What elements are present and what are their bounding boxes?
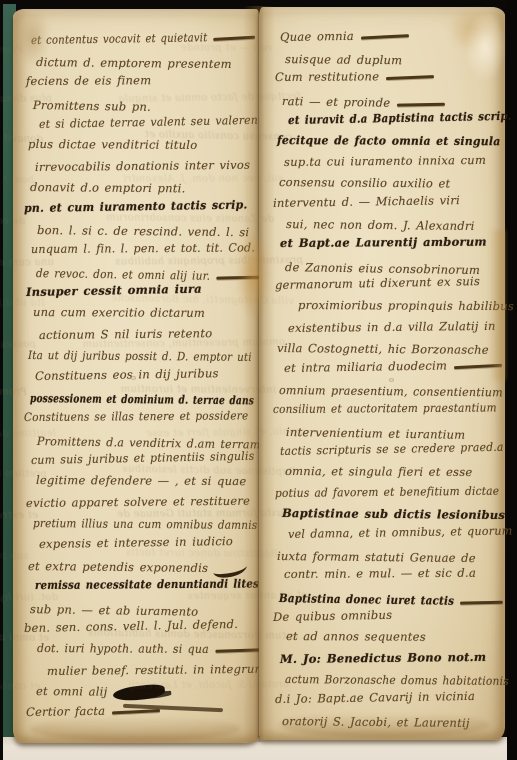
manuscript-line-text: pn. et cum iuramento tactis scrip. [24, 197, 248, 215]
manuscript-line: et contentus vocavit et quietavit [31, 29, 256, 47]
manuscript-line: potius ad favorem et benefitium dictae [275, 484, 499, 500]
manuscript-line-text: et ad annos sequentes [286, 629, 426, 644]
manuscript-line-text: donavit d.o emptori pnti. [30, 180, 186, 195]
manuscript-line-text: rati — et proinde [282, 94, 391, 110]
ink-dash [217, 275, 261, 279]
ink-dash [460, 600, 503, 604]
manuscript-line: germanorum uti dixerunt ex suis [275, 274, 480, 292]
manuscript-line: ben. sen. cons. vell. l. Jul. defend. [24, 617, 238, 635]
ink-dash [397, 102, 445, 106]
manuscript-line-text: mulier benef. restituti. in integrum [47, 662, 266, 678]
manuscript-line-text: et iuravit d.a Baptistina tactis scrip. [288, 109, 512, 127]
manuscript-line-text: De quibus omnibus [273, 607, 393, 623]
manuscript-line: suisque ad duplum [285, 52, 402, 67]
manuscript-line: et si dictae terrae valent seu valerent [39, 113, 263, 131]
manuscript-line: mulier benef. restituti. in integrum [47, 662, 266, 678]
manuscript-line-text: dot. iuri hypoth. auth. si qua [37, 641, 209, 656]
manuscript-line-text: proximioribus propinquis habilibus [298, 298, 514, 313]
manuscript-line: dictum d. emptorem presentem [36, 55, 232, 71]
manuscript-line-text: remissa necessitate denuntiandi lites [35, 576, 259, 592]
manuscript-line-text: vel damna, et in omnibus, et quorum [288, 523, 513, 541]
ink-dash [112, 709, 160, 714]
manuscript-line: et extra petendis exponendis [28, 559, 247, 577]
manuscript-line: una cum exercitio dictarum [33, 305, 205, 320]
manuscript-line-text: d.i Jo: Bapt.ae Cavarij in vicinia [275, 689, 475, 706]
manuscript-line-text: iuxta formam statuti Genuae de [277, 549, 476, 565]
manuscript-line-text: actionum S nil iuris retento [39, 326, 212, 342]
manuscript-line-text: existentibus in d.a villa Zulatij in [288, 319, 496, 335]
photo-frame-top [0, 0, 517, 6]
manuscript-line: villa Costognetti, hic Borzonasche [277, 341, 489, 357]
manuscript-line-text: sub pn. — et ab iuramento [30, 602, 199, 619]
manuscript-line: Constituens eos in dij juribus [35, 366, 219, 383]
manuscript-line-text: consensu consilio auxilio et [279, 175, 451, 190]
manuscript-line: Cum restitutione [275, 69, 434, 84]
manuscript-line-text: potius ad favorem et benefitium dictae [275, 484, 499, 500]
manuscript-line: irrevocabilis donationis inter vivos [35, 158, 250, 174]
manuscript-line: Quae omnia [280, 28, 409, 44]
manuscript-line-text: villa Costognetti, hic Borzonasche [277, 341, 489, 357]
ink-dash [386, 75, 434, 80]
manuscript-line-text: Baptistina donec iuret tactis [279, 591, 454, 608]
manuscript-line: actum Borzonasche domus habitationis [285, 672, 509, 688]
manuscript-line: et ad annos sequentes [286, 629, 426, 644]
worm-hole [131, 376, 136, 380]
manuscript-line-text: Insuper cessit omnia iura [26, 282, 202, 299]
manuscript-line: et omni alij [36, 684, 166, 700]
ink-blot [113, 683, 166, 703]
manuscript-page-left: Promittens sub pn.plus dictae venditrici… [13, 9, 259, 743]
manuscript-line: Baptistinae sub dictis lesionibus [282, 506, 505, 522]
manuscript-line: d.i Jo: Bapt.ae Cavarij in vicinia [275, 689, 475, 706]
manuscript-line: remissa necessitate denuntiandi lites [35, 576, 259, 592]
manuscript-line: possessionem et dominium d. terrae dans [30, 391, 254, 407]
manuscript-line: plus dictae venditrici titulo [28, 137, 197, 152]
manuscript-line-text: et omni alij [36, 684, 108, 699]
manuscript-line-text: Promittens sub pn. [33, 98, 151, 114]
manuscript-line: et intra miliaria duodecim [284, 358, 502, 375]
manuscript-line-text: fecitque de facto omnia et singula [277, 133, 501, 148]
manuscript-line-text: Quae omnia [280, 29, 354, 44]
manuscript-line: oratorij S. Jacobi, et Laurentij [282, 714, 470, 730]
manuscript-line: feciens de eis finem [26, 73, 151, 88]
ink-dash [454, 363, 502, 368]
manuscript-line-text: suisque ad duplum [285, 52, 402, 67]
manuscript-line-text: evictio apparet solvere et restituere [26, 494, 250, 510]
manuscript-line-text: omnium praesentium, consentientium [279, 383, 503, 399]
manuscript-line-text: sui, nec non dom. J. Alexandri [286, 217, 475, 233]
manuscript-line: sup.ta cui iuramento innixa cum [284, 153, 486, 169]
manuscript-line-text: una cum exercitio dictarum [33, 305, 205, 320]
manuscript-line-text: cum suis juribus et ptinentiis singulis [31, 449, 255, 467]
ink-dash [215, 648, 261, 652]
manuscript-line: sui, nec non dom. J. Alexandri [286, 217, 475, 233]
worm-hole [389, 378, 394, 382]
manuscript-line-text: tactis scripturis se se credere praed.a [280, 440, 504, 458]
manuscript-line-text: unquam l. fin. l. pen. et tot. tit. Cod. [31, 240, 255, 256]
manuscript-line-text: et extra petendis exponendis [28, 559, 208, 575]
fold-crease [258, 8, 259, 738]
manuscript-line-text: germanorum uti dixerunt ex suis [275, 274, 480, 292]
manuscript-line: actionum S nil iuris retento [39, 326, 212, 342]
manuscript-line-text: legitime defendere — , et si quae [36, 473, 246, 488]
manuscript-line-text: et contentus vocavit et quietavit [31, 30, 208, 47]
manuscript-line-text: et intra miliaria duodecim [284, 359, 447, 376]
manuscript-line-text: de revoc. don. et omni alij iur. [36, 266, 211, 283]
manuscript-line-text: Baptistinae sub dictis lesionibus [282, 506, 505, 522]
manuscript-line: dot. iuri hypoth. auth. si qua [37, 641, 261, 656]
manuscript-line: interventu d. — Michaelis viri [273, 193, 460, 210]
manuscript-line-text: ben. sen. cons. vell. l. Jul. defend. [24, 617, 238, 635]
manuscript-line-text: oratorij S. Jacobi, et Laurentij [282, 714, 470, 730]
manuscript-photo: Promittens sub pn.plus dictae venditrici… [0, 0, 517, 760]
ink-dash [213, 35, 255, 40]
manuscript-line-text: plus dictae venditrici titulo [28, 137, 197, 152]
manuscript-line-text: contr. min. e mul. — et sic d.a [284, 566, 476, 581]
manuscript-line-text: Constituens eos in dij juribus [35, 366, 219, 383]
manuscript-line: et Bapt.ae Laurentij amborum [280, 235, 487, 250]
manuscript-line-text: sup.ta cui iuramento innixa cum [284, 153, 486, 169]
manuscript-line: et iuravit d.a Baptistina tactis scrip. [288, 109, 512, 127]
manuscript-line-text: Constituens se illas tenere et possidere [24, 408, 248, 424]
manuscript-line-text: feciens de eis finem [26, 73, 151, 88]
manuscript-line-text: interventu d. — Michaelis viri [273, 193, 460, 210]
manuscript-line: expensis et interesse in iudicio [39, 534, 233, 551]
manuscript-line: iuxta formam statuti Genuae de [277, 549, 476, 565]
manuscript-line: Baptistina donec iuret tactis [279, 591, 503, 609]
manuscript-line: consilium et auctoritatem praestantium [273, 400, 497, 416]
manuscript-line: cum suis juribus et ptinentiis singulis [31, 449, 255, 467]
manuscript-line: donavit d.o emptori pnti. [30, 180, 186, 195]
manuscript-line: unquam l. fin. l. pen. et tot. tit. Cod. [31, 240, 255, 256]
manuscript-line: pretium illius una cum omnibus damnis [33, 516, 258, 532]
manuscript-line-text: Certior facta [26, 704, 105, 719]
manuscript-line-text: intervenientium et iurantium [286, 425, 466, 442]
manuscript-line: fecitque de facto omnia et singula [277, 133, 501, 148]
manuscript-line-text: irrevocabilis donationis inter vivos [35, 158, 250, 174]
manuscript-line-text: et si dictae terrae valent seu valerent [39, 113, 263, 131]
manuscript-line: evictio apparet solvere et restituere [26, 494, 250, 510]
manuscript-line: contr. min. e mul. — et sic d.a [284, 566, 476, 581]
manuscript-line-text: possessionem et dominium d. terrae dans [30, 391, 254, 407]
manuscript-line: pn. et cum iuramento tactis scrip. [24, 197, 248, 215]
manuscript-line: Ita ut dij juribus possit d. D. emptor u… [28, 348, 252, 364]
manuscript-line-text: et Bapt.ae Laurentij amborum [280, 235, 487, 250]
manuscript-line-text: M. Jo: Benedictus Bono not.m [280, 650, 486, 666]
manuscript-line: M. Jo: Benedictus Bono not.m [280, 650, 486, 666]
manuscript-line-text: expensis et interesse in iudicio [39, 534, 233, 551]
manuscript-line-text: omnia, et singula fieri et esse [285, 464, 473, 479]
manuscript-line: legitime defendere — , et si quae [36, 473, 246, 488]
ink-dash [361, 34, 409, 39]
manuscript-line-text: dictum d. emptorem presentem [36, 55, 232, 71]
manuscript-line: omnia, et singula fieri et esse [285, 464, 473, 479]
manuscript-line: intervenientium et iurantium [286, 425, 466, 442]
manuscript-line-text: bon. l. si c. de rescind. vend. l. si [37, 223, 250, 239]
manuscript-line: existentibus in d.a villa Zulatij in [288, 319, 496, 335]
manuscript-line: tactis scripturis se se credere praed.a [280, 440, 504, 458]
manuscript-line: vel damna, et in omnibus, et quorum [288, 523, 513, 541]
manuscript-line: rati — et proinde [282, 94, 446, 111]
manuscript-line-text: actum Borzonasche domus habitationis [285, 672, 509, 688]
manuscript-line: sub pn. — et ab iuramento [30, 602, 199, 619]
manuscript-line-text: Ita ut dij juribus possit d. D. emptor u… [28, 348, 252, 364]
manuscript-line: proximioribus propinquis habilibus [298, 298, 514, 313]
manuscript-line: de revoc. don. et omni alij iur. [36, 266, 261, 284]
manuscript-page-right: rati — et proindefecitque de facto omnia… [259, 7, 505, 740]
manuscript-line-text: pretium illius una cum omnibus damnis [33, 516, 258, 532]
manuscript-line-text: Cum restitutione [275, 70, 379, 85]
manuscript-line: Promittens sub pn. [33, 98, 151, 114]
manuscript-line: Constituens se illas tenere et possidere [24, 408, 248, 424]
manuscript-line: consensu consilio auxilio et [279, 175, 451, 190]
manuscript-line: bon. l. si c. de rescind. vend. l. si [37, 223, 250, 239]
manuscript-line: Insuper cessit omnia iura [26, 282, 202, 299]
manuscript-line: De quibus omnibus [273, 607, 393, 623]
manuscript-line-text: consilium et auctoritatem praestantium [273, 400, 497, 416]
manuscript-line: omnium praesentium, consentientium [279, 383, 503, 399]
